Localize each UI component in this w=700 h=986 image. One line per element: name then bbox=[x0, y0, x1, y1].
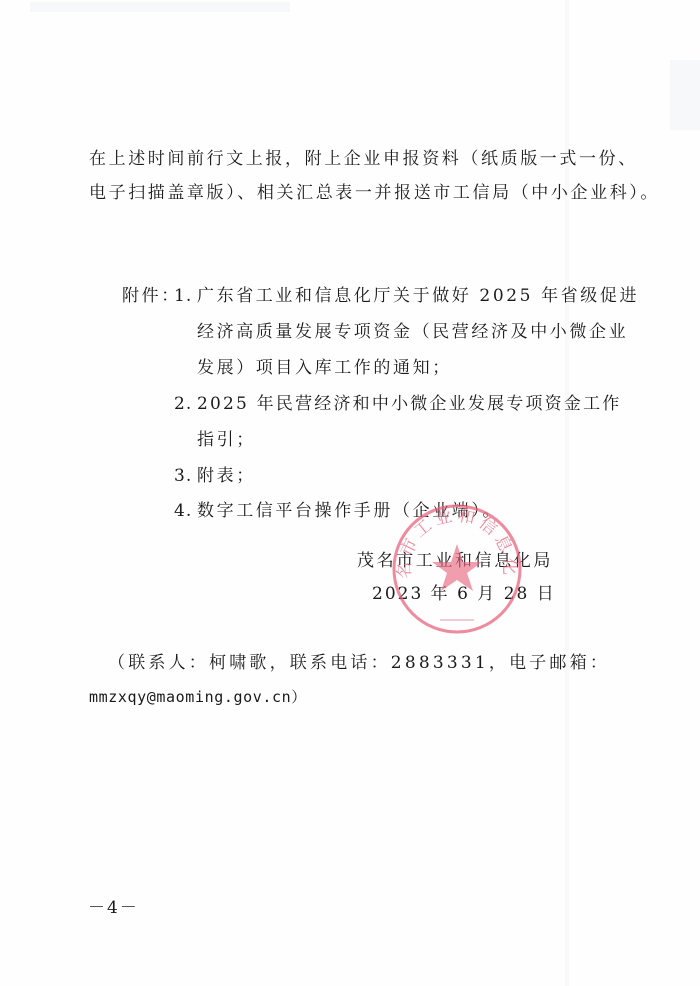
signature-organization: 茂名市工业和信息化局 bbox=[357, 550, 553, 572]
attachment-1-number: 1. bbox=[174, 285, 192, 307]
attachment-2-line-1: 2025 年民营经济和中小微企业发展专项资金工作 bbox=[197, 393, 621, 415]
attachment-4-number: 4. bbox=[174, 500, 192, 522]
attachment-3-number: 3. bbox=[174, 465, 192, 487]
contact-email-line: mmzxqy@maoming.gov.cn） bbox=[89, 686, 307, 708]
attachment-1-line-3: 发展）项目入库工作的通知； bbox=[197, 357, 452, 379]
scan-bleed-top bbox=[30, 2, 290, 12]
attachment-4-line-1: 数字工信平台操作手册（企业端）。 bbox=[197, 500, 502, 522]
attachments-label: 附件： bbox=[122, 285, 181, 307]
page-number: －4－ bbox=[88, 893, 139, 918]
scan-bleed-right bbox=[670, 60, 700, 130]
attachment-2-number: 2. bbox=[174, 393, 192, 415]
attachment-3-line-1: 附表； bbox=[197, 465, 256, 487]
signature-date: 2023 年 6 月 28 日 bbox=[372, 583, 556, 605]
paragraph-line-1: 在上述时间前行文上报，附上企业申报资料（纸质版一式一份、 bbox=[89, 148, 638, 170]
paragraph-line-2: 电子扫描盖章版）、相关汇总表一并报送市工信局（中小企业科）。 bbox=[89, 182, 660, 204]
attachment-1-line-2: 经济高质量发展专项资金（民营经济及中小微企业 bbox=[197, 321, 628, 343]
contact-line-1: （联系人：柯啸歌，联系电话：2883331，电子邮箱： bbox=[108, 652, 610, 674]
attachment-1-line-1: 广东省工业和信息化厅关于做好 2025 年省级促进 bbox=[197, 285, 639, 307]
attachment-2-line-2: 指引； bbox=[197, 429, 256, 451]
document-page: 在上述时间前行文上报，附上企业申报资料（纸质版一式一份、 电子扫描盖章版）、相关… bbox=[0, 0, 700, 986]
